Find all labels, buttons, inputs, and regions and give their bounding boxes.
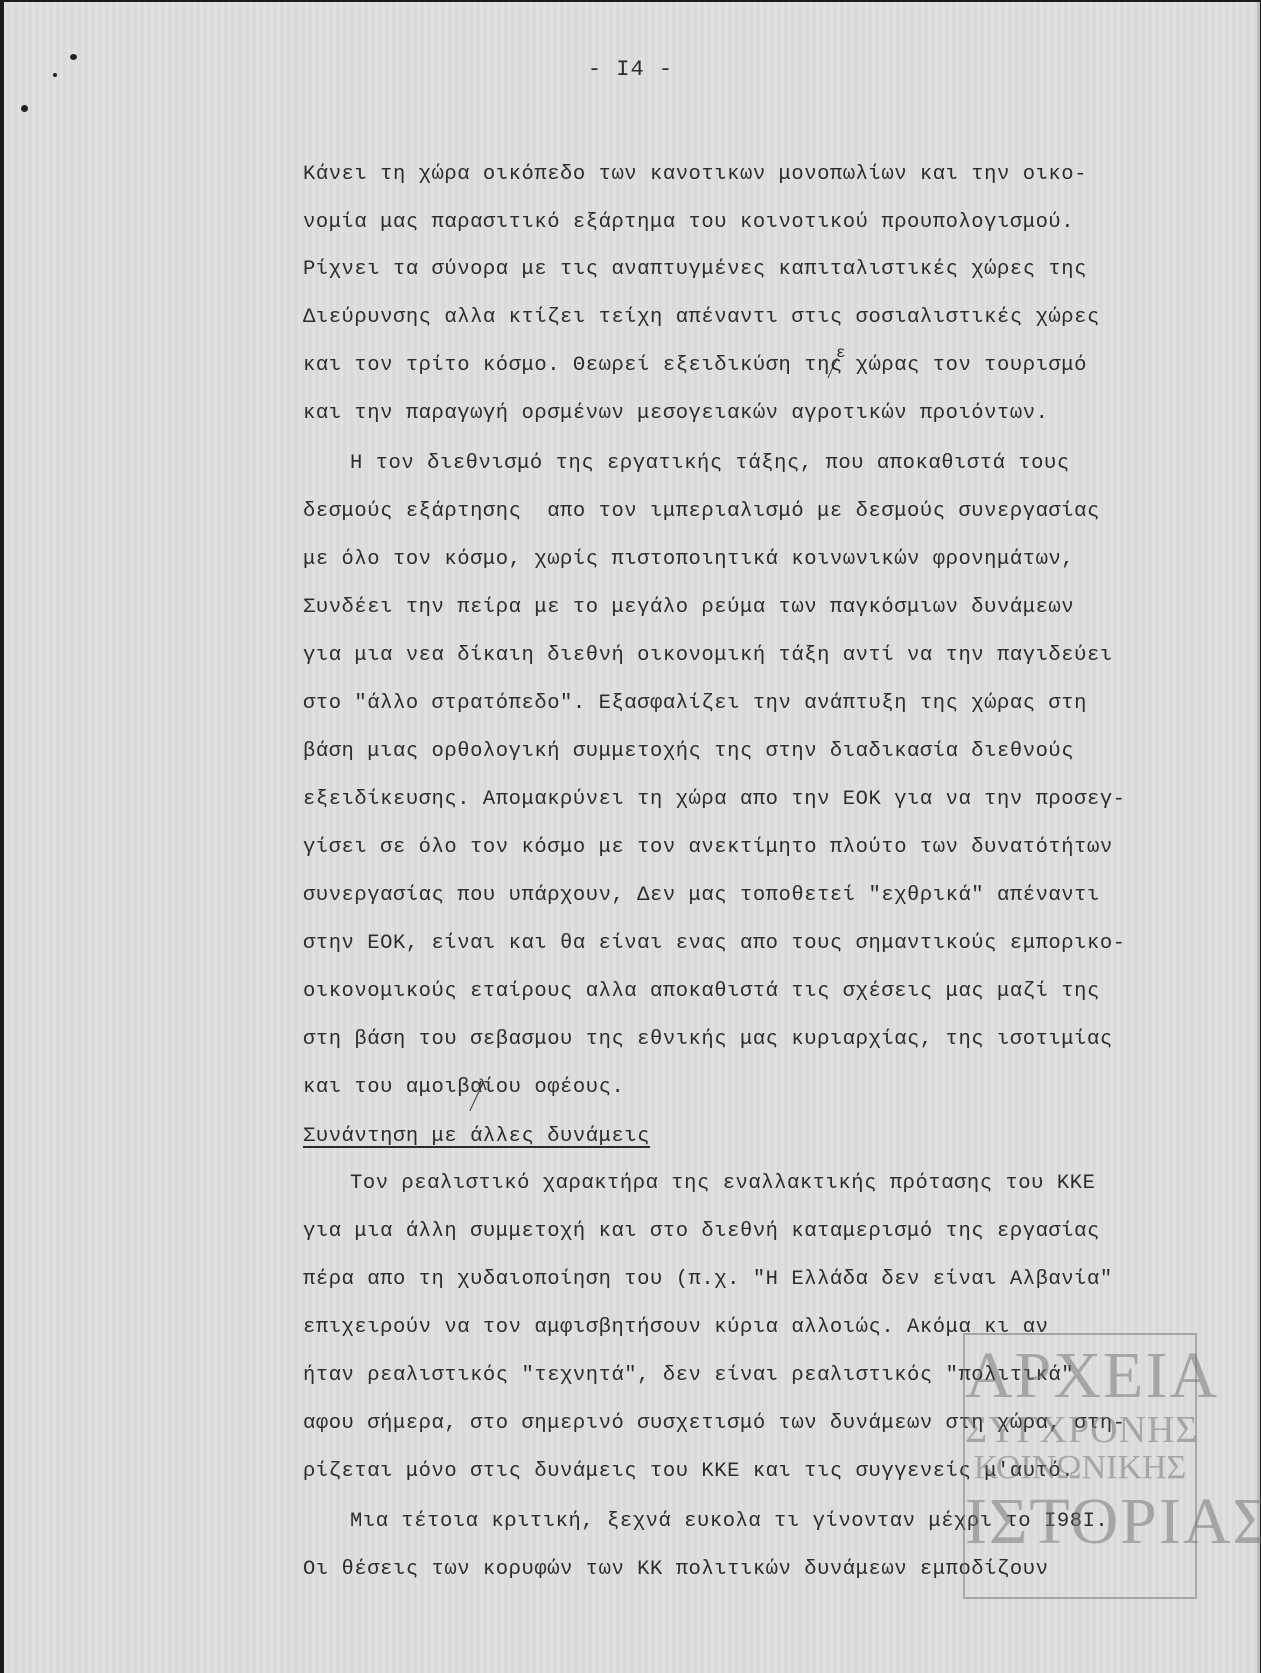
- text-line: δεσμούς εξάρτησης απο τον ιμπεριαλισμό μ…: [303, 500, 1100, 523]
- text-line: γίσει σε όλο τον κόσμο με τον ανεκτίμητο…: [303, 836, 1113, 859]
- text-line: Οι θέσεις των κορυφών των ΚΚ πολιτικών δ…: [303, 1558, 1048, 1581]
- text-line: και την παραγωγή ορσμένων μεσογειακών αγ…: [303, 402, 1048, 425]
- text-line: Κάνει τη χώρα οικόπεδο των κανοτικων μον…: [303, 163, 1087, 186]
- section-heading: Συνάντηση με άλλες δυνάμεις: [303, 1125, 650, 1148]
- text-line: νομία μας παρασιτικό εξάρτημα του κοινοτ…: [303, 211, 1074, 234]
- handwritten-insert: λ: [478, 1077, 488, 1095]
- text-line: αφου σήμερα, στο σημερινό συσχετισμό των…: [303, 1412, 1126, 1435]
- text-line: Ρίχνει τα σύνορα με τις αναπτυγμένες καπ…: [303, 258, 1087, 281]
- text-line: Συνδέει την πείρα με το μεγάλο ρεύμα των…: [303, 596, 1074, 619]
- text-line: και του αμοιβαίου οφέους.: [303, 1076, 624, 1099]
- text-line: Τον ρεαλιστικό χαρακτήρα της εναλλακτική…: [350, 1172, 1095, 1195]
- text-line: ρίζεται μόνο στις δυνάμεις του ΚΚΕ και τ…: [303, 1460, 1074, 1483]
- text-line: βάση μιας ορθολογική συμμετοχής της στην…: [303, 740, 1074, 763]
- text-line: συνεργασίας που υπάρχουν, Δεν μας τοποθε…: [303, 884, 1100, 907]
- text-line: στο "άλλο στρατόπεδο". Εξασφαλίζει την α…: [303, 692, 1087, 715]
- text-line: εξειδίκευσης. Απομακρύνει τη χώρα απο τη…: [303, 788, 1126, 811]
- text-line: Η τον διεθνισμό της εργατικής τάξης, που…: [350, 452, 1070, 475]
- page-number: - I4 -: [0, 57, 1261, 82]
- text-line: οικονομικούς εταίρους αλλα αποκαθιστά τι…: [303, 980, 1100, 1003]
- text-line: Μια τέτοια κριτική, ξεχνά ευκολα τι γίνο…: [350, 1510, 1108, 1533]
- text-line: στην ΕΟΚ, είναι και θα είναι ενας απο το…: [303, 932, 1126, 955]
- text-line: επιχειρούν να τον αμφισβητήσουν κύρια αλ…: [303, 1316, 1048, 1339]
- text-line: και τον τρίτο κόσμο. Θεωρεί εξειδικύση τ…: [303, 354, 1087, 377]
- text-line: για μια νεα δίκαιη διεθνή οικονομική τάξ…: [303, 644, 1113, 667]
- ink-spot: [21, 105, 28, 112]
- text-line: πέρα απο τη χυδαιοποίηση του (π.χ. "Η Ελ…: [303, 1268, 1113, 1291]
- handwritten-insert: ε: [836, 344, 846, 362]
- text-line: Διεύρυνσης αλλα κτίζει τείχη απέναντι στ…: [303, 306, 1100, 329]
- text-line: ήταν ρεαλιστικός "τεχνητά", δεν είναι ρε…: [303, 1364, 1074, 1387]
- text-line: στη βάση του σεβασμου της εθνικής μας κυ…: [303, 1028, 1113, 1051]
- text-line: με όλο τον κόσμο, χωρίς πιστοποιητικά κο…: [303, 548, 1074, 571]
- text-line: για μια άλλη συμμετοχή και στο διεθνή κα…: [303, 1220, 1100, 1243]
